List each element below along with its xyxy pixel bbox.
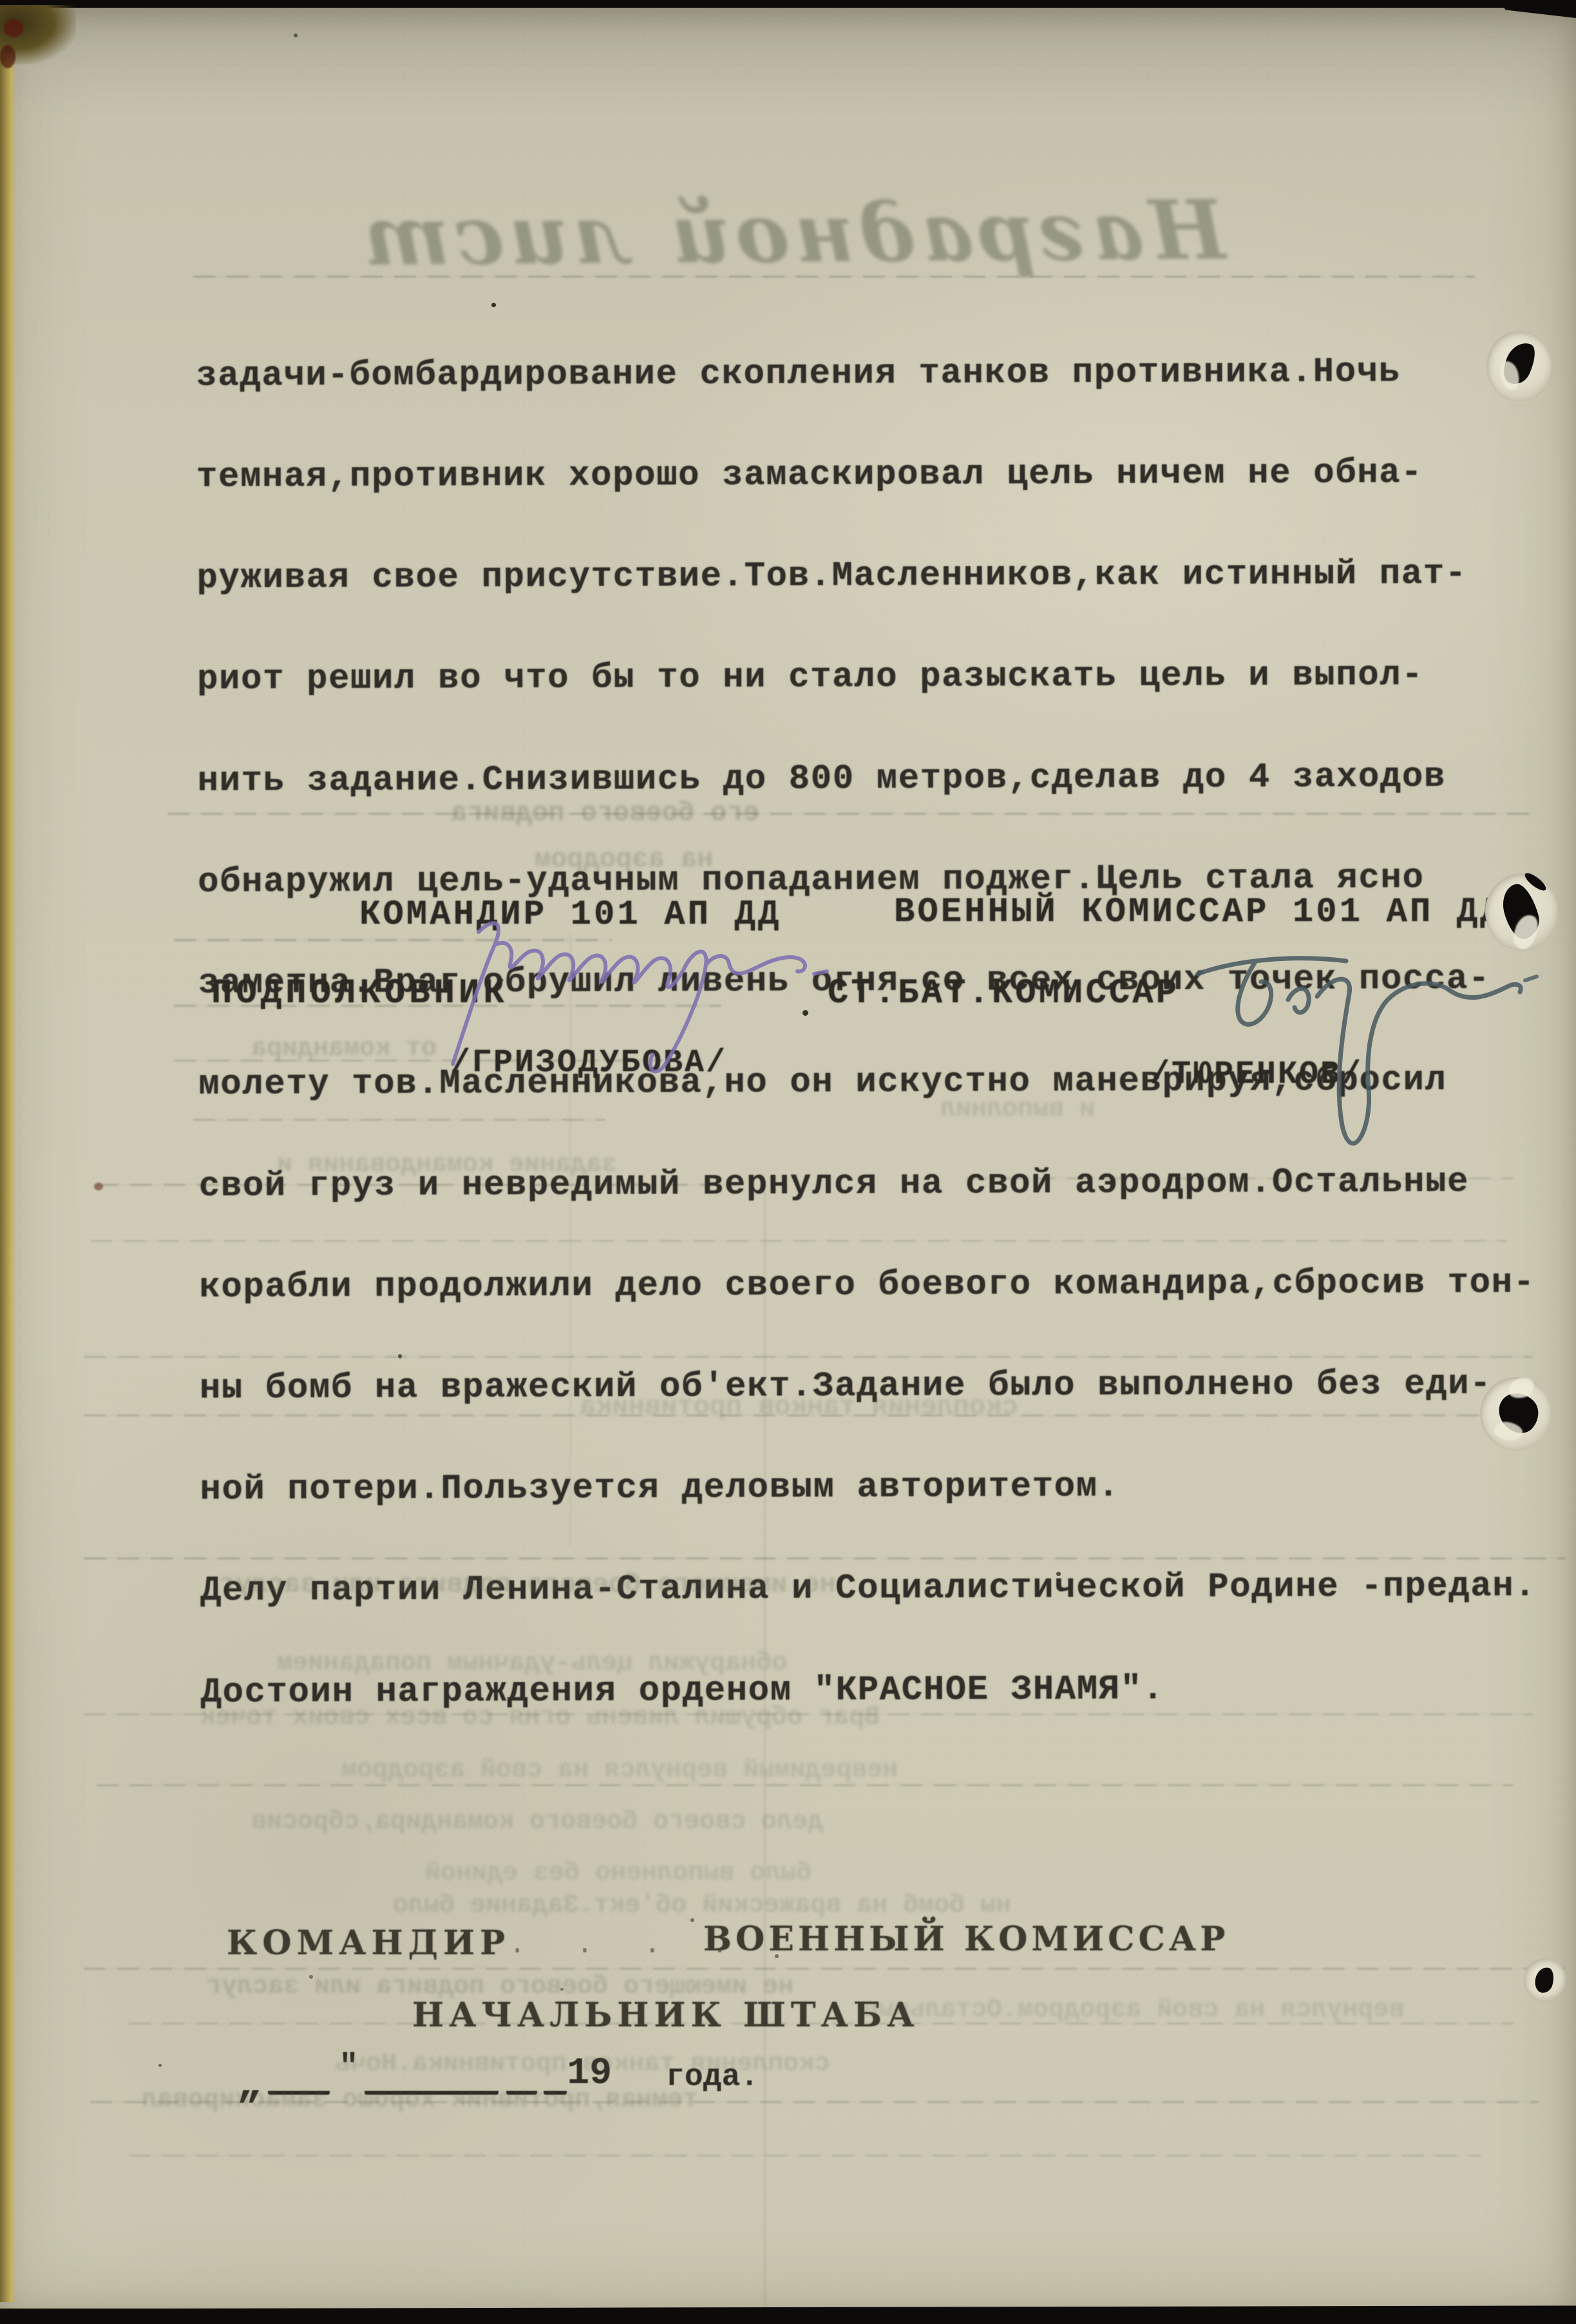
paper-speck: [491, 303, 496, 307]
body-line: темная,противник хорошо замаскировал цел…: [196, 456, 1555, 495]
bleedthrough-text: вернулся на свой аэродром.Остальные: [863, 1995, 1404, 2024]
ruled-line-bleedthrough: [84, 1968, 1565, 1970]
bleedthrough-text: задание командования и: [277, 1150, 617, 1179]
paper-speck: [309, 1975, 313, 1979]
bleedthrough-text: скопления танков противника.Ночь: [335, 2050, 830, 2079]
commander-signature-ink: [417, 910, 836, 1083]
document-scan: Наградной лист задачи-бомбардирование ск…: [0, 0, 1576, 2324]
bleedthrough-text: его боевого подвига: [451, 797, 759, 828]
bleedthrough-title: Наградной лист: [358, 182, 1226, 283]
footer-chief-of-staff-label: НАЧАЛЬНИК ШТАБА: [412, 1995, 920, 2035]
page-edge-strip: [0, 5, 15, 2302]
scan-border-top: [0, 0, 1576, 8]
commissar-unit-title: ВОЕННЫЙ КОМИССАР 101 АП ДД: [894, 893, 1504, 932]
bleedthrough-text: от командира: [251, 1034, 437, 1063]
bleedthrough-text: и выполнил: [940, 1095, 1095, 1124]
typed-period: [802, 1010, 808, 1016]
commissar-rank: СТ.БАТ.КОМИССАР: [828, 974, 1179, 1013]
bleedthrough-text: на аэродром: [535, 844, 713, 875]
paper-speck: [158, 2064, 162, 2067]
commissar-signature-ink: [1179, 935, 1539, 1154]
body-line: задачи-бомбардирование скопления танков …: [196, 355, 1555, 394]
bleedthrough-text: невредимый вернулся на свой аэродром: [341, 1756, 898, 1785]
body-line: риот решил во что бы то ни стало разыска…: [197, 659, 1556, 698]
paper-speck: [560, 1988, 564, 1991]
bleedthrough-text: ны бомб на вражеский об'ект.Задание было: [393, 1891, 1011, 1920]
paper-speck: [294, 33, 298, 37]
body-line: корабли продолжили дело своего боевого к…: [199, 1266, 1558, 1305]
bleedthrough-text: обнаружил цель-удачным попаданием: [277, 1649, 787, 1678]
bleedthrough-text: дело своего боевого командира,сбросив: [251, 1807, 823, 1836]
paper-speck: [1056, 1572, 1061, 1576]
bleedthrough-text: темная,противник хорошо замаскировал: [142, 2086, 698, 2115]
bleedthrough-text: не имеющего боевого подвига или заслуг: [206, 1972, 793, 2001]
body-line: нить задание.Снизившись до 800 метров,сд…: [198, 760, 1557, 799]
body-line: ной потери.Пользуется деловым авторитето…: [200, 1469, 1559, 1508]
bleedthrough-text: было выполнено без единой: [425, 1859, 812, 1888]
ruled-line-bleedthrough: [129, 2155, 1481, 2157]
scan-border-bottom: [0, 2305, 1576, 2324]
paper-speck: [775, 1954, 779, 1958]
edge-stain: [4, 19, 23, 37]
bleedthrough-text: не имеющего боевого подвига или заслуг: [219, 1569, 836, 1600]
body-line: руживая свое присутствие.Тов.Масленников…: [196, 558, 1555, 596]
bleedthrough-text: Враг обрушил ливень огня со всех своих т…: [200, 1703, 880, 1732]
edge-stain: [0, 45, 15, 68]
bleedthrough-text: скопления танков противника: [580, 1391, 1018, 1422]
paper-speck: [398, 1354, 402, 1358]
paper-speck: [690, 1918, 694, 1922]
footer-commissar-label: ВОЕННЫЙ КОМИССАР: [703, 1919, 1229, 1959]
footer-commander-label: КОМАНДИР: [227, 1923, 510, 1963]
